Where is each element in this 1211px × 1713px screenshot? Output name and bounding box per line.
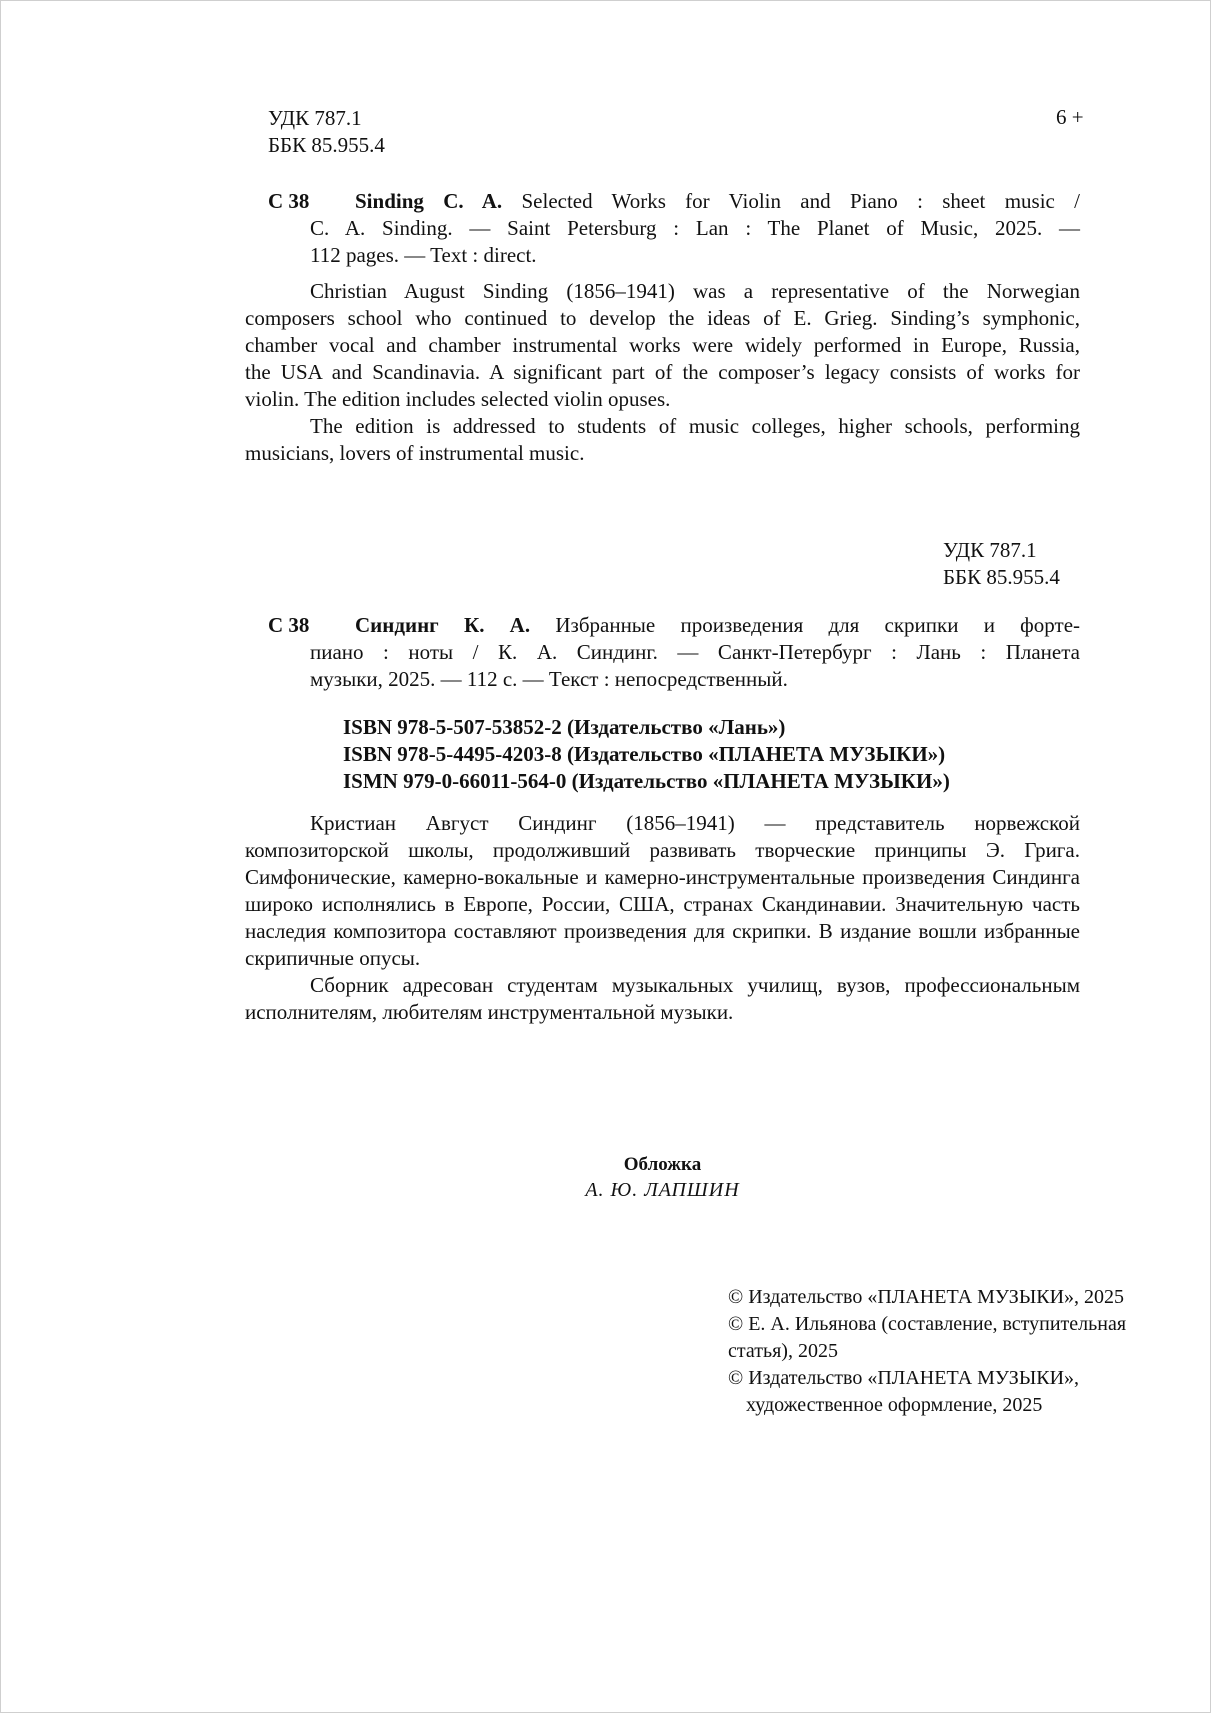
imprint-page: УДК 787.1 ББК 85.955.4 6 + C 38 Sinding … (0, 0, 1211, 1713)
annotation-ru-p1-line: композиторской школы, продолживший разви… (245, 837, 1080, 864)
copyright-line: художественное оформление, 2025 (728, 1392, 1100, 1419)
ismn-line: ISMN 979-0-66011-564-0 (Издательство «ПЛ… (343, 768, 950, 795)
bbk-code: ББК 85.955.4 (943, 564, 1060, 591)
isbn-line: ISBN 978-5-507-53852-2 (Издательство «Ла… (343, 714, 950, 741)
entry-en-line1: Sinding C. A. Selected Works for Violin … (310, 188, 1080, 215)
annotation-ru-p2-line: Сборник адресован студентам музыкальных … (245, 972, 1080, 999)
cover-credit-name: А. Ю. ЛАПШИН (245, 1177, 1080, 1204)
entry-code-ru: С 38 (268, 612, 309, 639)
copyright-block: © Издательство «ПЛАНЕТА МУЗЫКИ», 2025 © … (728, 1284, 1100, 1419)
age-rating: 6 + (1056, 104, 1084, 131)
bibliographic-entry-russian: С 38 Синдинг К. А. Избранные произведени… (245, 612, 1080, 693)
entry-code-en: C 38 (268, 188, 309, 215)
copyright-line: © Издательство «ПЛАНЕТА МУЗЫКИ», 2025 (728, 1284, 1100, 1311)
udk-code: УДК 787.1 (268, 105, 385, 132)
annotation-ru-p1-line: скрипичные опусы. (245, 945, 1080, 972)
copyright-line: © Издательство «ПЛАНЕТА МУЗЫКИ», (728, 1365, 1100, 1392)
copyright-line: © Е. А. Ильянова (составление, вступител… (728, 1311, 1100, 1338)
annotation-ru-p1-line: Кристиан Август Синдинг (1856–1941) — пр… (245, 810, 1080, 837)
cover-credit-label: Обложка (245, 1152, 1080, 1177)
bibliographic-entry-english: C 38 Sinding C. A. Selected Works for Vi… (245, 188, 1080, 269)
annotation-en-p2-line: The edition is addressed to students of … (245, 413, 1080, 440)
entry-ru-title: Избранные произведения для скрипки и фор… (555, 613, 1080, 637)
entry-ru-author: Синдинг К. А. (355, 613, 530, 637)
annotation-ru-p2-line: исполнителям, любителям инструментальной… (245, 999, 1080, 1026)
entry-ru-line2: пиано : ноты / К. А. Синдинг. — Санкт-Пе… (310, 639, 1080, 666)
entry-ru-line1: Синдинг К. А. Избранные произведения для… (310, 612, 1080, 639)
entry-en-author: Sinding C. A. (355, 189, 502, 213)
annotation-ru-p1-line: наследия композитора составляют произвед… (245, 918, 1080, 945)
annotation-en-p1-line: the USA and Scandinavia. A significant p… (245, 359, 1080, 386)
udk-code: УДК 787.1 (943, 537, 1060, 564)
copyright-line: статья), 2025 (728, 1338, 1100, 1365)
entry-ru-line3: музыки, 2025. — 112 с. — Текст : непосре… (310, 666, 1080, 693)
annotation-ru-p1-line: Симфонические, камерно-вокальные и камер… (245, 864, 1080, 891)
entry-en-title: Selected Works for Violin and Piano : sh… (522, 189, 1081, 213)
annotation-en-p1-line: composers school who continued to develo… (245, 305, 1080, 332)
annotation-english: Christian August Sinding (1856–1941) was… (245, 278, 1080, 467)
annotation-en-p1-line: violin. The edition includes selected vi… (245, 386, 1080, 413)
annotation-en-p1-line: chamber vocal and chamber instrumental w… (245, 332, 1080, 359)
annotation-russian: Кристиан Август Синдинг (1856–1941) — пр… (245, 810, 1080, 1026)
isbn-line: ISBN 978-5-4495-4203-8 (Издательство «ПЛ… (343, 741, 950, 768)
annotation-ru-p1-line: широко исполнялись в Европе, России, США… (245, 891, 1080, 918)
udk-bbk-top: УДК 787.1 ББК 85.955.4 (268, 105, 385, 159)
annotation-en-p1-line: Christian August Sinding (1856–1941) was… (245, 278, 1080, 305)
entry-en-line3: 112 pages. — Text : direct. (310, 242, 1080, 269)
cover-credit: Обложка А. Ю. ЛАПШИН (245, 1152, 1080, 1204)
entry-en-line2: C. A. Sinding. — Saint Petersburg : Lan … (310, 215, 1080, 242)
isbn-block: ISBN 978-5-507-53852-2 (Издательство «Ла… (343, 714, 950, 795)
udk-bbk-right: УДК 787.1 ББК 85.955.4 (943, 537, 1060, 591)
bbk-code: ББК 85.955.4 (268, 132, 385, 159)
annotation-en-p2-line: musicians, lovers of instrumental music. (245, 440, 1080, 467)
